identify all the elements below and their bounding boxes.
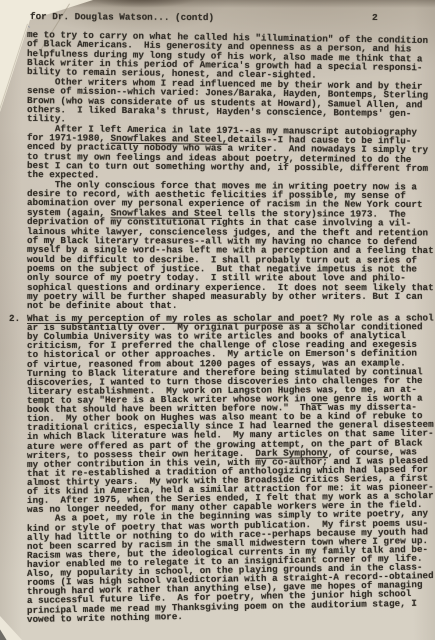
scanned-page-photo: for Dr. Douglas Watson... (contd) 2 me t… [0,0,435,640]
numbered-item-2: What is my perception of my roles as sch… [27,314,435,624]
text-line: not be definite about that. [27,301,435,311]
continuation-paragraphs: me to try to carry on what he called his… [27,30,435,311]
header-title: for Dr. Douglas Watson... (contd) [30,11,214,23]
page-top-shadow-blob [88,0,198,8]
page-number: 2 [372,12,378,23]
item-number: 2. [9,314,20,323]
